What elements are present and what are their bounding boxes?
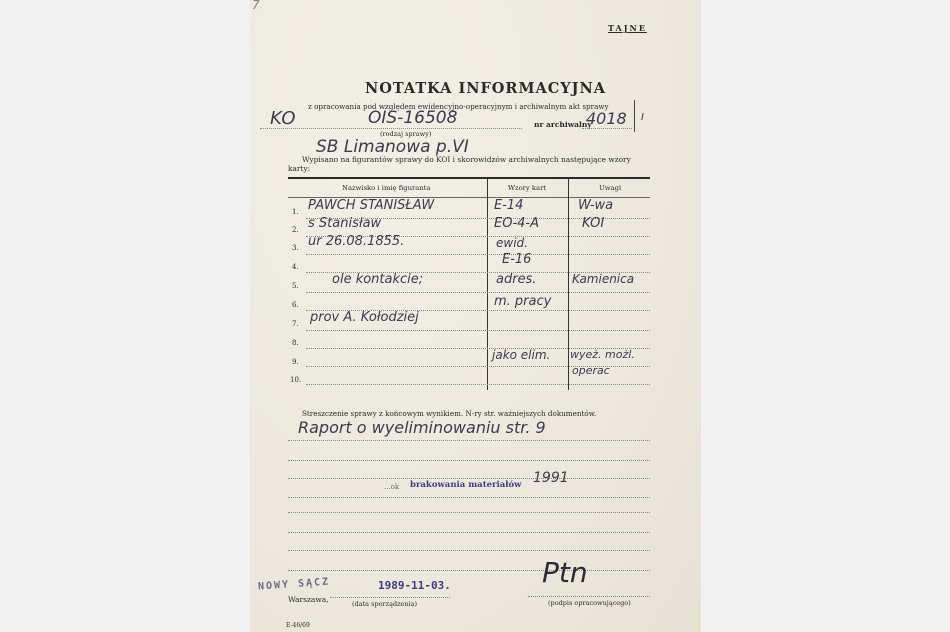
table-header-notes: Uwagi <box>599 184 621 192</box>
entry-text-line2: karty: <box>288 164 310 173</box>
classification-label: TAJNE <box>608 23 647 33</box>
disposal-year-handwritten: 1991 <box>533 470 569 486</box>
table-header-cards: Wzory kart <box>508 184 546 192</box>
row-number: 10. <box>290 376 301 384</box>
row-number: 5. <box>292 282 299 290</box>
place-stamp: NOWY SĄCZ <box>258 576 331 592</box>
row-cards: EO-4-A <box>494 216 539 231</box>
row-name: PAWCH STANISŁAW <box>308 198 434 213</box>
row-number: 1. <box>292 208 299 216</box>
row-cards: m. pracy <box>494 294 551 309</box>
summary-line-1 <box>288 440 650 441</box>
table-top-rule <box>288 177 650 179</box>
row-cards: E-14 <box>494 198 523 213</box>
row-number: 8. <box>292 339 299 347</box>
disposal-label-stamp: brakowania materiałów <box>410 480 522 490</box>
table-header-name: Nazwisko i imię figuranta <box>342 184 430 192</box>
row-cards: ewid. <box>496 236 528 250</box>
row-number: 2. <box>292 226 299 234</box>
signature-handwritten: Ptn <box>542 556 588 589</box>
archive-number-handwritten: 4018 <box>586 109 627 128</box>
row-notes: wyeż. możl. <box>570 348 635 361</box>
row-line <box>306 292 650 293</box>
case-type-handwritten: KO <box>270 108 296 129</box>
row-notes: W-wa <box>578 198 613 213</box>
row-line <box>306 384 650 385</box>
row-number: 6. <box>292 301 299 309</box>
row-cards: adres. <box>496 272 536 287</box>
case-dotline <box>260 128 522 129</box>
summary-label: Streszczenie sprawy z końcowym wynikiem.… <box>302 409 596 418</box>
row-name: ur 26.08.1855. <box>308 234 404 249</box>
place-printed: Warszawa, <box>288 595 329 604</box>
form-code: E-46/69 <box>286 622 310 629</box>
blank-line-2 <box>288 532 650 533</box>
row-cards: E-16 <box>502 252 531 267</box>
date-stamp: 1989-11-03. <box>378 579 451 592</box>
bracket-line <box>634 100 635 132</box>
row-cards: jako elim. <box>492 348 550 362</box>
document-subtitle: z opracowania pod względem ewidencyjno-o… <box>308 102 609 111</box>
entry-text-line1: Wypisano na figurantów sprawy do KOI i s… <box>302 155 631 164</box>
table-col-divider-1 <box>487 178 488 390</box>
summary-handwritten: Raport o wyeliminowaniu str. 9 <box>298 418 546 437</box>
row-number: 4. <box>292 263 299 271</box>
signature-caption: (podpis opracowującego) <box>548 599 631 607</box>
row-line <box>306 330 650 331</box>
disposal-label-prefix: ...ok <box>384 483 399 491</box>
row-name: prov A. Kołodziej <box>310 310 419 325</box>
document-page: 7 TAJNE NOTATKA INFORMACYJNA z opracowan… <box>250 0 701 632</box>
row-line <box>306 254 650 255</box>
summary-line-3 <box>288 478 650 479</box>
date-caption: (data sporządzenia) <box>352 600 417 608</box>
blank-line-1 <box>288 512 650 513</box>
archive-suffix-handwritten: I <box>641 112 644 123</box>
summary-line-2 <box>288 460 650 461</box>
row-name: ole kontakcie; <box>332 272 423 287</box>
blank-line-4 <box>288 570 650 571</box>
row-number: 7. <box>292 320 299 328</box>
row-notes: operac <box>572 364 610 377</box>
date-line <box>330 597 450 598</box>
disposal-line <box>288 497 650 498</box>
case-number-handwritten: OIS-16508 <box>368 108 457 128</box>
archive-dotline <box>582 128 632 129</box>
corner-mark: 7 <box>252 0 260 12</box>
signature-line <box>528 596 650 597</box>
table-col-divider-2 <box>568 178 569 390</box>
document-title: NOTATKA INFORMACYJNA <box>365 80 606 97</box>
blank-line-3 <box>288 550 650 551</box>
row-number: 3. <box>292 244 299 252</box>
unit-handwritten: SB Limanowa p.VI <box>316 137 469 157</box>
row-number: 9. <box>292 358 299 366</box>
row-notes: Kamienica <box>572 272 634 286</box>
row-name: s Stanisław <box>308 216 381 231</box>
row-notes: KOI <box>582 216 604 231</box>
